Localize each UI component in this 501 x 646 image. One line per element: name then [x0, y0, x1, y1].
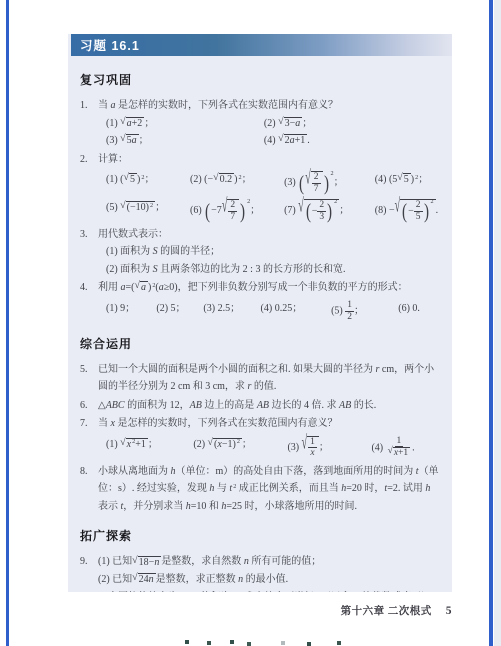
question-4-items: (1) 9； (2) 5； (3) 2.5； (4) 0.25； (5) 12；… [106, 300, 442, 323]
math-item: (1) 已知√18−n是整数，求自然数 n 所有可能的值； [98, 553, 442, 571]
question-text: 利用 a=(√a)2(a≥0)，把下列非负数分别写成一个非负数的平方的形式： [98, 279, 442, 297]
question-text: 当 x 是怎样的实数时，下列各式在实数范围内有意义？ [98, 415, 442, 433]
question-1-items: (1) √a+2； (2) √3−a； (3) √5a； (4) √2a+1. [106, 115, 442, 150]
section-heading-explore: 拓广探索 [80, 526, 442, 547]
exercise-title: 习题 16.1 [71, 36, 140, 54]
math-item: (7) √(−23)2； [284, 199, 375, 223]
math-item: (3) √1x； [287, 436, 371, 460]
math-item: (2) √(x−1)2； [193, 436, 287, 460]
math-item: (6) 0. [398, 300, 442, 323]
left-border-line [6, 0, 9, 646]
math-item: (2) 已知√24n是整数，求正整数 n 的最小值. [98, 571, 442, 589]
question-number: 10. [80, 589, 95, 592]
section-heading-review: 复习巩固 [80, 70, 442, 91]
question-number: 3. [80, 226, 95, 279]
math-item: (2) (−√0.2)2； [190, 171, 284, 195]
math-item: (1) √x2+1； [106, 436, 193, 460]
question-3: 3. 用代数式表示： (1) 面积为 S 的圆的半径； (2) 面积为 S 且两… [80, 226, 442, 279]
math-item: (4) √2a+1. [264, 132, 442, 150]
math-item: (4) 1√x+1. [371, 436, 442, 460]
chapter-label: 第十六章 二次根式 [341, 606, 432, 617]
question-number: 8. [80, 463, 95, 516]
question-2: 2. 计算： (1) (√5)2； (2) (−√0.2)2； (3) (√27… [80, 151, 442, 225]
question-text: △ABC 的面积为 12，AB 边上的高是 AB 边长的 4 倍. 求 AB 的… [98, 397, 442, 415]
math-item: (3) 2.5； [203, 300, 260, 323]
right-margin-strip [494, 0, 501, 646]
question-number: 4. [80, 279, 95, 322]
math-item: (3) (√27)2； [284, 171, 375, 195]
math-item: (2) 面积为 S 且两条邻边的比为 2 : 3 的长方形的长和宽. [106, 261, 442, 279]
question-number: 9. [80, 553, 95, 588]
question-text: 计算： [98, 151, 442, 169]
question-7: 7. 当 x 是怎样的实数时，下列各式在实数范围内有意义？ (1) √x2+1；… [80, 415, 442, 462]
question-number: 1. [80, 97, 95, 150]
math-item: (1) 9； [106, 300, 156, 323]
page-number: 5 [446, 605, 452, 617]
question-number: 6. [80, 397, 95, 415]
question-3-items: (1) 面积为 S 的圆的半径； (2) 面积为 S 且两条邻边的比为 2 : … [106, 243, 442, 278]
next-page-glyph-fragments [185, 640, 189, 644]
math-item: (1) (√5)2； [106, 171, 190, 195]
question-number: 7. [80, 415, 95, 462]
question-text: 一个圆柱体的高为 10，体积为 V. 求它的底面半径 r（用含 V 的代数式表示… [98, 589, 442, 592]
math-item: (2) √3−a； [264, 115, 442, 133]
question-5: 5. 已知一个大圆的面积是两个小圆的面积之和. 如果大圆的半径为 r cm，两个… [80, 361, 442, 396]
question-number: 5. [80, 361, 95, 396]
section-heading-apply: 综合运用 [80, 334, 442, 355]
right-border-line [489, 0, 493, 646]
math-item: (1) 面积为 S 的圆的半径； [106, 243, 442, 261]
question-4: 4. 利用 a=(√a)2(a≥0)，把下列非负数分别写成一个非负数的平方的形式… [80, 279, 442, 322]
question-text: 当 a 是怎样的实数时，下列各式在实数范围内有意义？ [98, 97, 442, 115]
question-1: 1. 当 a 是怎样的实数时，下列各式在实数范围内有意义？ (1) √a+2； … [80, 97, 442, 150]
question-8: 8. 小球从离地面为 h（单位：m）的高处自由下落，落到地面所用的时间为 t（单… [80, 463, 442, 516]
question-10: 10. 一个圆柱体的高为 10，体积为 V. 求它的底面半径 r（用含 V 的代… [80, 589, 442, 592]
question-2-items: (1) (√5)2； (2) (−√0.2)2； (3) (√27)2； (4)… [106, 171, 442, 223]
question-9-items: (1) 已知√18−n是整数，求自然数 n 所有可能的值； (2) 已知√24n… [98, 553, 442, 588]
question-6: 6. △ABC 的面积为 12，AB 边上的高是 AB 边长的 4 倍. 求 A… [80, 397, 442, 415]
exercise-content: 复习巩固 1. 当 a 是怎样的实数时，下列各式在实数范围内有意义？ (1) √… [68, 56, 452, 592]
exercise-header-bar: 习题 16.1 [71, 34, 452, 56]
math-item: (5) √(−10)2； [106, 199, 190, 223]
math-item: (4) 0.25； [261, 300, 332, 323]
math-item: (3) √5a； [106, 132, 264, 150]
math-item: (8) −√(−25)2. [375, 199, 442, 223]
question-text: 已知一个大圆的面积是两个小圆的面积之和. 如果大圆的半径为 r cm，两个小圆的… [98, 361, 442, 396]
question-text: 用代数式表示： [98, 226, 442, 244]
question-9: 9. (1) 已知√18−n是整数，求自然数 n 所有可能的值； (2) 已知√… [80, 553, 442, 588]
math-item: (4) (5√5)2； [375, 171, 442, 195]
math-item: (2) 5； [156, 300, 203, 323]
question-text: 小球从离地面为 h（单位：m）的高处自由下落，落到地面所用的时间为 t（单位：s… [98, 463, 442, 516]
page-footer: 第十六章 二次根式5 [68, 603, 452, 618]
math-item: (5) 12； [331, 300, 398, 323]
math-item: (6) (−7√27)2； [190, 199, 284, 223]
math-item: (1) √a+2； [106, 115, 264, 133]
question-7-items: (1) √x2+1； (2) √(x−1)2； (3) √1x； (4) 1√x… [106, 436, 442, 460]
question-number: 2. [80, 151, 95, 225]
